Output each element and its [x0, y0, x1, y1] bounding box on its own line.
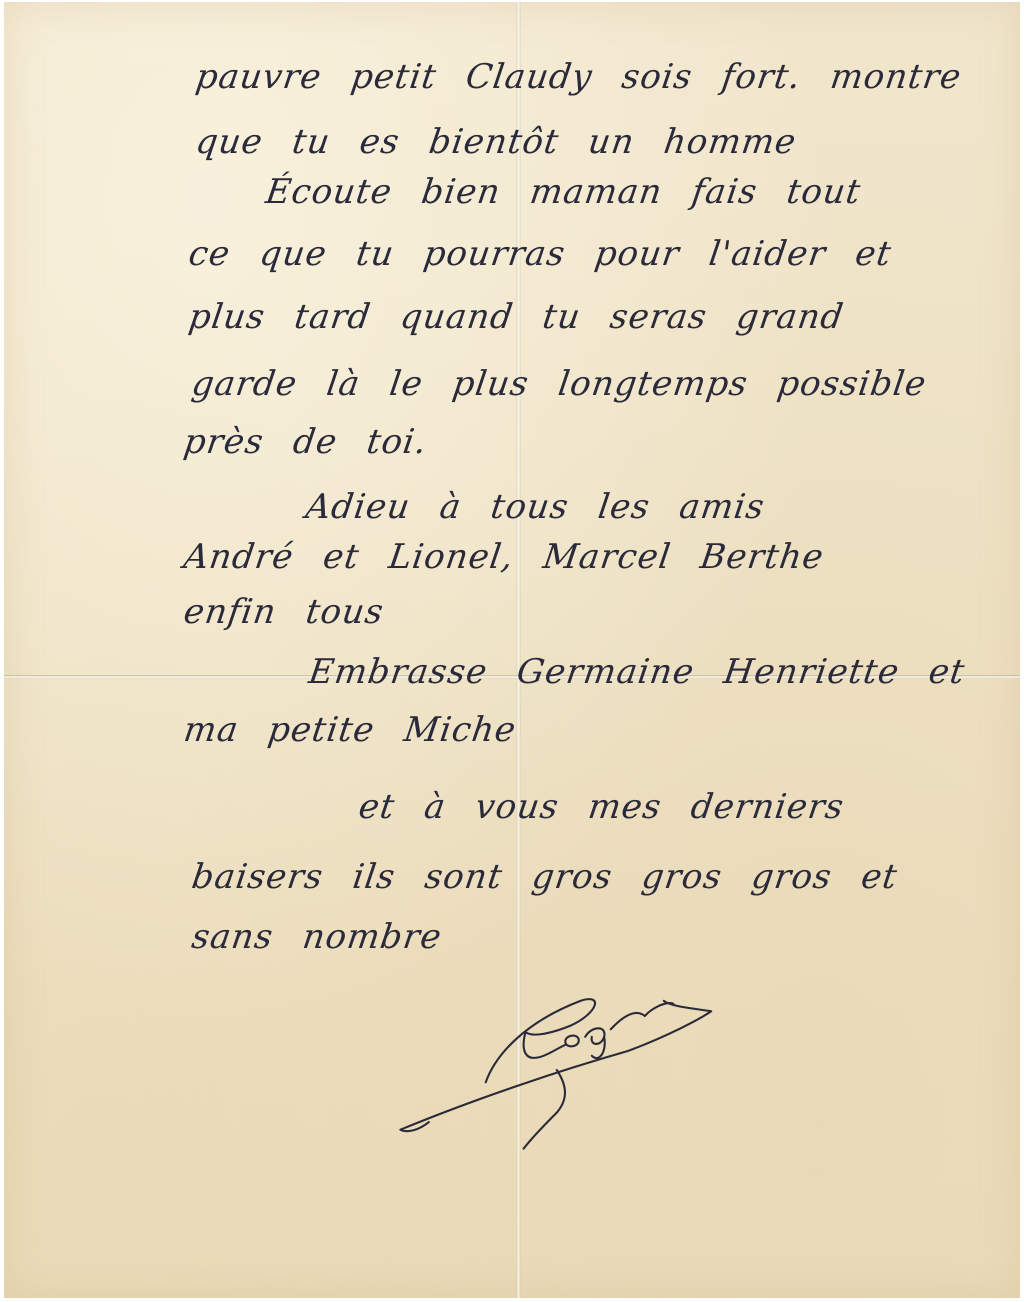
letter-line-11: Embrasse Germaine Henriette et — [306, 652, 967, 692]
letter-line-2: que tu es bientôt un homme — [193, 122, 799, 162]
letter-line-9: André et Lionel, Marcel Berthe — [181, 537, 826, 577]
letter-line-13: et à vous mes derniers — [356, 787, 846, 827]
letter-body: pauvre petit Claudy sois fort. montre qu… — [4, 2, 1020, 1298]
letter-line-12: ma petite Miche — [181, 710, 519, 750]
letter-line-8: Adieu à tous les amis — [303, 487, 767, 527]
letter-line-1: pauvre petit Claudy sois fort. montre — [193, 57, 964, 97]
letter-line-5: plus tard quand tu seras grand — [186, 297, 846, 337]
letter-page: pauvre petit Claudy sois fort. montre qu… — [4, 2, 1020, 1298]
signature-roger-icon — [389, 980, 734, 1160]
letter-line-4: ce que tu pourras pour l'aider et — [186, 234, 894, 274]
letter-line-14: baisers ils sont gros gros gros et — [189, 857, 900, 897]
letter-line-3: Écoute bien maman fais tout — [263, 172, 863, 212]
letter-line-15: sans nombre — [189, 917, 444, 957]
letter-line-7: près de toi. — [181, 422, 430, 462]
letter-line-6: garde là le plus longtemps possible — [189, 364, 929, 404]
letter-line-10: enfin tous — [181, 592, 386, 632]
signature-text: Roger — [494, 1002, 497, 1003]
